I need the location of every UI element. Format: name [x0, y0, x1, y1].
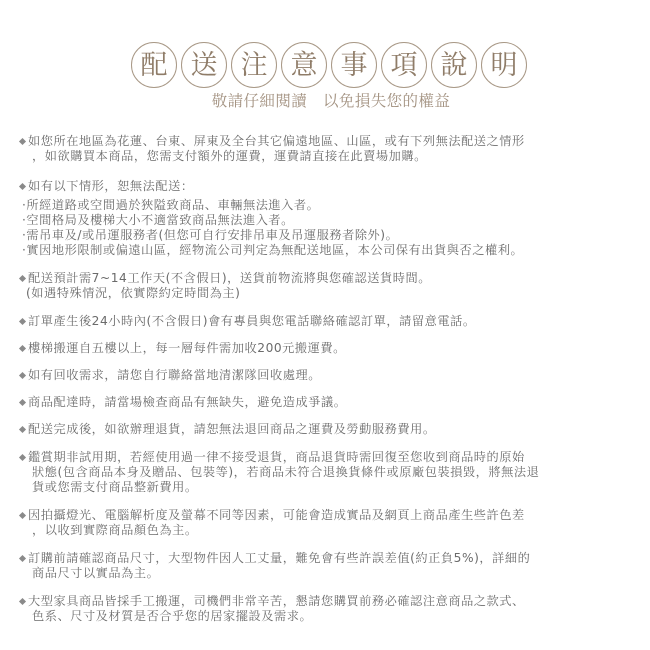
sub-item-list: ·所經道路或空間過於狹隘致商品、車輛無法進入者。 ·空間格局及樓梯大小不適當致商…: [20, 198, 640, 258]
diamond-bullet-icon: [19, 426, 26, 433]
diamond-bullet-icon: [19, 555, 26, 562]
note-item: 訂購前請確認商品尺寸，大型物件因人工丈量，難免會有些許誤差值(約正負5%)，詳細…: [20, 551, 640, 581]
sub-item: ·實因地形限制或偏遠山區，經物流公司判定為無配送地區，本公司保有出貨與否之權利。: [20, 243, 640, 258]
title-char-circle: 事: [331, 42, 377, 88]
note-item: 配送完成後，如欲辦理退貨，請恕無法退回商品之運費及勞動服務費用。: [20, 422, 640, 437]
sub-item: ·所經道路或空間過於狹隘致商品、車輛無法進入者。: [20, 198, 640, 213]
note-text: 如您所在地區為花蓮、台東、屏東及全台其它偏遠地區、山區，或有下列無法配送之情形: [28, 134, 640, 149]
note-text: 色系、尺寸及材質是否合乎您的居家擺設及需求。: [28, 609, 640, 624]
note-item: 配送預計需7~14工作天(不含假日)，送貨前物流將與您確認送貨時間。 (如遇特殊…: [20, 271, 640, 301]
note-text: 配送完成後，如欲辦理退貨，請恕無法退回商品之運費及勞動服務費用。: [28, 422, 640, 437]
diamond-bullet-icon: [19, 454, 26, 461]
title-char-circle: 項: [381, 42, 427, 88]
note-text: 配送預計需7~14工作天(不含假日)，送貨前物流將與您確認送貨時間。: [28, 271, 640, 286]
diamond-bullet-icon: [19, 138, 26, 145]
note-text: (如遇特殊情況，依實際約定時間為主): [26, 286, 640, 301]
note-text: 鑑賞期非試用期，若經使用過一律不接受退貨，商品退貨時需回復至您收到商品時的原始: [28, 450, 640, 465]
sub-item: ·需吊車及/或吊運服務者(但您可自行安排吊車及吊運服務者除外)。: [20, 228, 640, 243]
note-item: 訂單產生後24小時內(不含假日)會有專員與您電話聯絡確認訂單，請留意電話。: [20, 314, 640, 329]
note-item: 如您所在地區為花蓮、台東、屏東及全台其它偏遠地區、山區，或有下列無法配送之情形 …: [20, 134, 640, 164]
title-char-circle: 送: [181, 42, 227, 88]
diamond-bullet-icon: [19, 345, 26, 352]
note-text: 如有以下情形，恕無法配送：: [28, 179, 640, 194]
notes-list: 如您所在地區為花蓮、台東、屏東及全台其它偏遠地區、山區，或有下列無法配送之情形 …: [20, 134, 640, 624]
page-title: 配 送 注 意 事 項 說 明: [0, 42, 650, 88]
title-char-circle: 配: [131, 42, 177, 88]
note-text: 訂購前請確認商品尺寸，大型物件因人工丈量，難免會有些許誤差值(約正負5%)，詳細…: [28, 551, 640, 566]
diamond-bullet-icon: [19, 372, 26, 379]
title-char-circle: 意: [281, 42, 327, 88]
diamond-bullet-icon: [19, 275, 26, 282]
note-item: 如有回收需求，請您自行聯絡當地清潔隊回收處理。: [20, 368, 640, 383]
note-item: 商品配達時，請當場檢查商品有無缺失，避免造成爭議。: [20, 395, 640, 410]
title-char-circle: 說: [431, 42, 477, 88]
sub-item: ·空間格局及樓梯大小不適當致商品無法進入者。: [20, 213, 640, 228]
note-text: 因拍攝燈光、電腦解析度及螢幕不同等因素，可能會造成實品及網頁上商品產生些許色差: [28, 508, 640, 523]
note-item: 大型家具商品皆採手工搬運，司機們非常辛苦，懇請您購買前務必確認注意商品之款式、 …: [20, 594, 640, 624]
note-text: 貨或您需支付商品整新費用。: [28, 480, 640, 495]
note-text: 商品尺寸以實品為主。: [28, 566, 640, 581]
diamond-bullet-icon: [19, 318, 26, 325]
diamond-bullet-icon: [19, 512, 26, 519]
note-item: 如有以下情形，恕無法配送： ·所經道路或空間過於狹隘致商品、車輛無法進入者。 ·…: [20, 179, 640, 258]
diamond-bullet-icon: [19, 399, 26, 406]
diamond-bullet-icon: [19, 183, 26, 190]
title-char-circle: 明: [481, 42, 527, 88]
note-text: ，以收到實際商品顏色為主。: [28, 523, 640, 538]
note-text: 如有回收需求，請您自行聯絡當地清潔隊回收處理。: [28, 368, 640, 383]
note-text: 大型家具商品皆採手工搬運，司機們非常辛苦，懇請您購買前務必確認注意商品之款式、: [28, 594, 640, 609]
note-item: 鑑賞期非試用期，若經使用過一律不接受退貨，商品退貨時需回復至您收到商品時的原始 …: [20, 450, 640, 495]
note-text: ，如欲購買本商品，您需支付額外的運費，運費請直接在此賣場加購。: [28, 149, 640, 164]
page-subtitle: 敬請仔細閱讀 以免損失您的權益: [0, 89, 650, 111]
title-char-circle: 注: [231, 42, 277, 88]
note-text: 訂單產生後24小時內(不含假日)會有專員與您電話聯絡確認訂單，請留意電話。: [28, 314, 640, 329]
note-item: 因拍攝燈光、電腦解析度及螢幕不同等因素，可能會造成實品及網頁上商品產生些許色差 …: [20, 508, 640, 538]
diamond-bullet-icon: [19, 598, 26, 605]
note-text: 樓梯搬運自五樓以上，每一層每件需加收200元搬運費。: [28, 341, 640, 356]
header: 配 送 注 意 事 項 說 明 敬請仔細閱讀 以免損失您的權益: [0, 42, 650, 111]
note-item: 樓梯搬運自五樓以上，每一層每件需加收200元搬運費。: [20, 341, 640, 356]
note-text: 商品配達時，請當場檢查商品有無缺失，避免造成爭議。: [28, 395, 640, 410]
note-text: 狀態(包含商品本身及贈品、包裝等)，若商品未符合退換貨條件或原廠包裝損毀，將無法…: [28, 465, 640, 480]
